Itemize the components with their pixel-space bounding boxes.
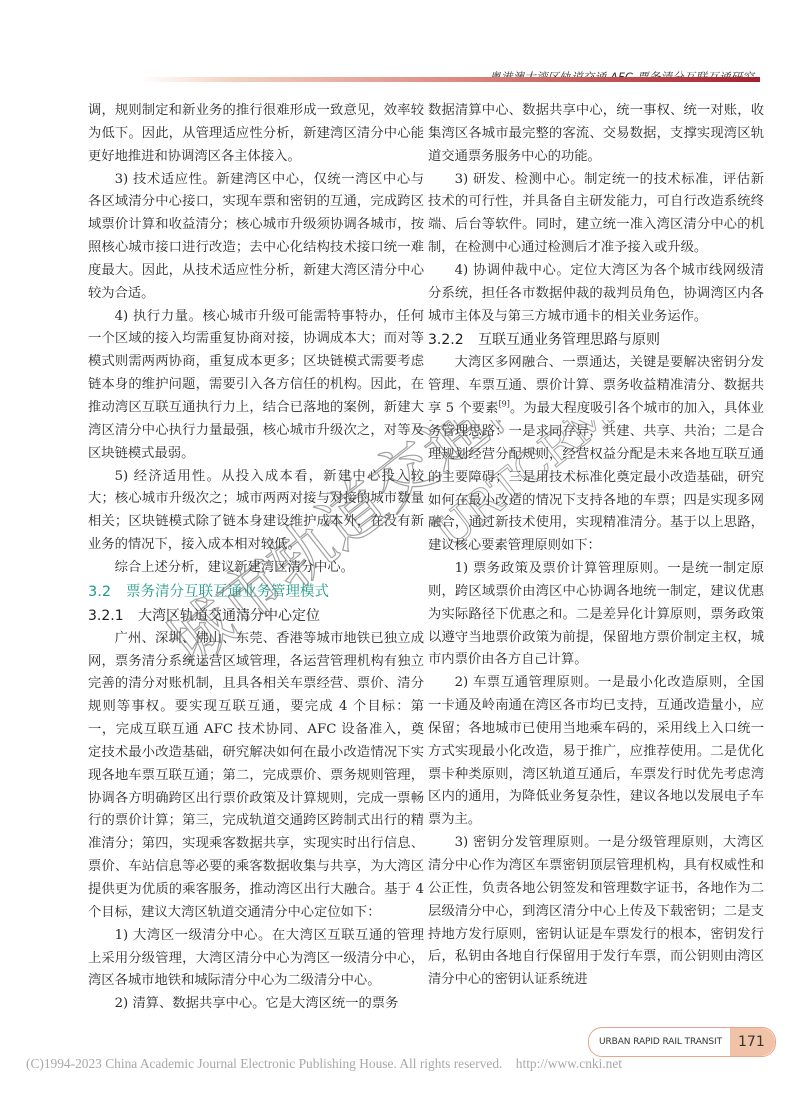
paragraph-management-ideas: 大湾区多网融合、一票通达，关键是要解决密钥分发管理、车票互通、票价计算、票务收益… <box>428 352 764 558</box>
text: 。为最大程度吸引各个城市的加入，具体业务管理思路：一是求同存异，共建、共享、共治… <box>428 401 764 553</box>
paragraph-execution-power: 4) 执行力量。核心城市升级可能需特事特办，任何一个区域的接入均需重复协商对接，… <box>88 306 424 466</box>
subsection-heading-3-2-2: 3.2.2互联互通业务管理思路与原则 <box>428 328 764 352</box>
copyright-notice: (C)1994-2023 China Academic Journal Elec… <box>26 1056 622 1072</box>
page-number: 171 <box>730 1028 775 1056</box>
paragraph-ticket-interop-principle: 2) 车票互通管理原则。一是最小化改造原则，全国一卡通及岭南通在湾区各市均已支持… <box>428 672 764 832</box>
paragraph-fare-policy-principle: 1) 票务政策及票价计算管理原则。一是统一制定原则，跨区域票价由湾区中心协调各地… <box>428 558 764 672</box>
subsection-title: 大湾区轨道交通清分中心定位 <box>138 608 320 624</box>
left-column: 调，规则制定和新业务的推行很难形成一致意见，效率较为低下。因此，从管理适应性分析… <box>88 100 424 1016</box>
right-column: 数据清算中心、数据共享中心，统一事权、统一对账，收集湾区各城市最完整的客流、交易… <box>428 100 764 992</box>
section-number: 3.2 <box>88 580 126 604</box>
paragraph-arbitration-center: 4) 协调仲裁中心。定位大湾区为各个城市线网级清分系统，担任各市数据仲裁的裁判员… <box>428 260 764 329</box>
subsection-title: 互联互通业务管理思路与原则 <box>478 332 660 348</box>
subsection-heading-3-2-1: 3.2.1大湾区轨道交通清分中心定位 <box>88 604 424 628</box>
section-title: 票务清分互联互通业务管理模式 <box>126 584 329 600</box>
paragraph-economic-applicability: 5) 经济适用性。从投入成本看，新建中心投入较大；核心城市升级次之；城市两两对接… <box>88 466 424 557</box>
journal-page-badge: URBAN RAPID RAIL TRANSIT 171 <box>588 1027 776 1057</box>
journal-name: URBAN RAPID RAIL TRANSIT <box>589 1037 730 1047</box>
paragraph-first-level-center: 1) 大湾区一级清分中心。在大湾区互联互通的管理上采用分级管理，大湾区清分中心为… <box>88 925 424 994</box>
paragraph-four-goals: 广州、深圳、佛山、东莞、香港等城市地铁已独立成网，票务清分系统运营区域管理，各运… <box>88 628 424 925</box>
paragraph-technical-adaptability: 3) 技术适应性。新建湾区中心，仅统一湾区中心与各区域清分中心接口，实现车票和密… <box>88 169 424 306</box>
subsection-number: 3.2.1 <box>88 604 138 628</box>
section-heading-3-2: 3.2票务清分互联互通业务管理模式 <box>88 580 424 604</box>
paragraph-key-distribution-principle: 3) 密钥分发管理原则。一是分级管理原则，大湾区清分中心作为湾区车票密钥顶层管理… <box>428 832 764 992</box>
paragraph-rd-testing-center: 3) 研发、检测中心。制定统一的技术标准，评估新技术的可行性，并具备自主研发能力… <box>428 169 764 260</box>
paragraph: 调，规则制定和新业务的推行很难形成一致意见，效率较为低下。因此，从管理适应性分析… <box>88 100 424 169</box>
paragraph: 数据清算中心、数据共享中心，统一事权、统一对账，收集湾区各城市最完整的客流、交易… <box>428 100 764 169</box>
paragraph-conclusion: 综合上述分析，建议新建湾区清分中心。 <box>88 557 424 580</box>
paragraph-clearing-data-center: 2) 清算、数据共享中心。它是大湾区统一的票务 <box>88 993 424 1016</box>
citation-link[interactable]: [9] <box>499 400 510 409</box>
subsection-number: 3.2.2 <box>428 328 478 352</box>
header-rule <box>140 77 760 82</box>
